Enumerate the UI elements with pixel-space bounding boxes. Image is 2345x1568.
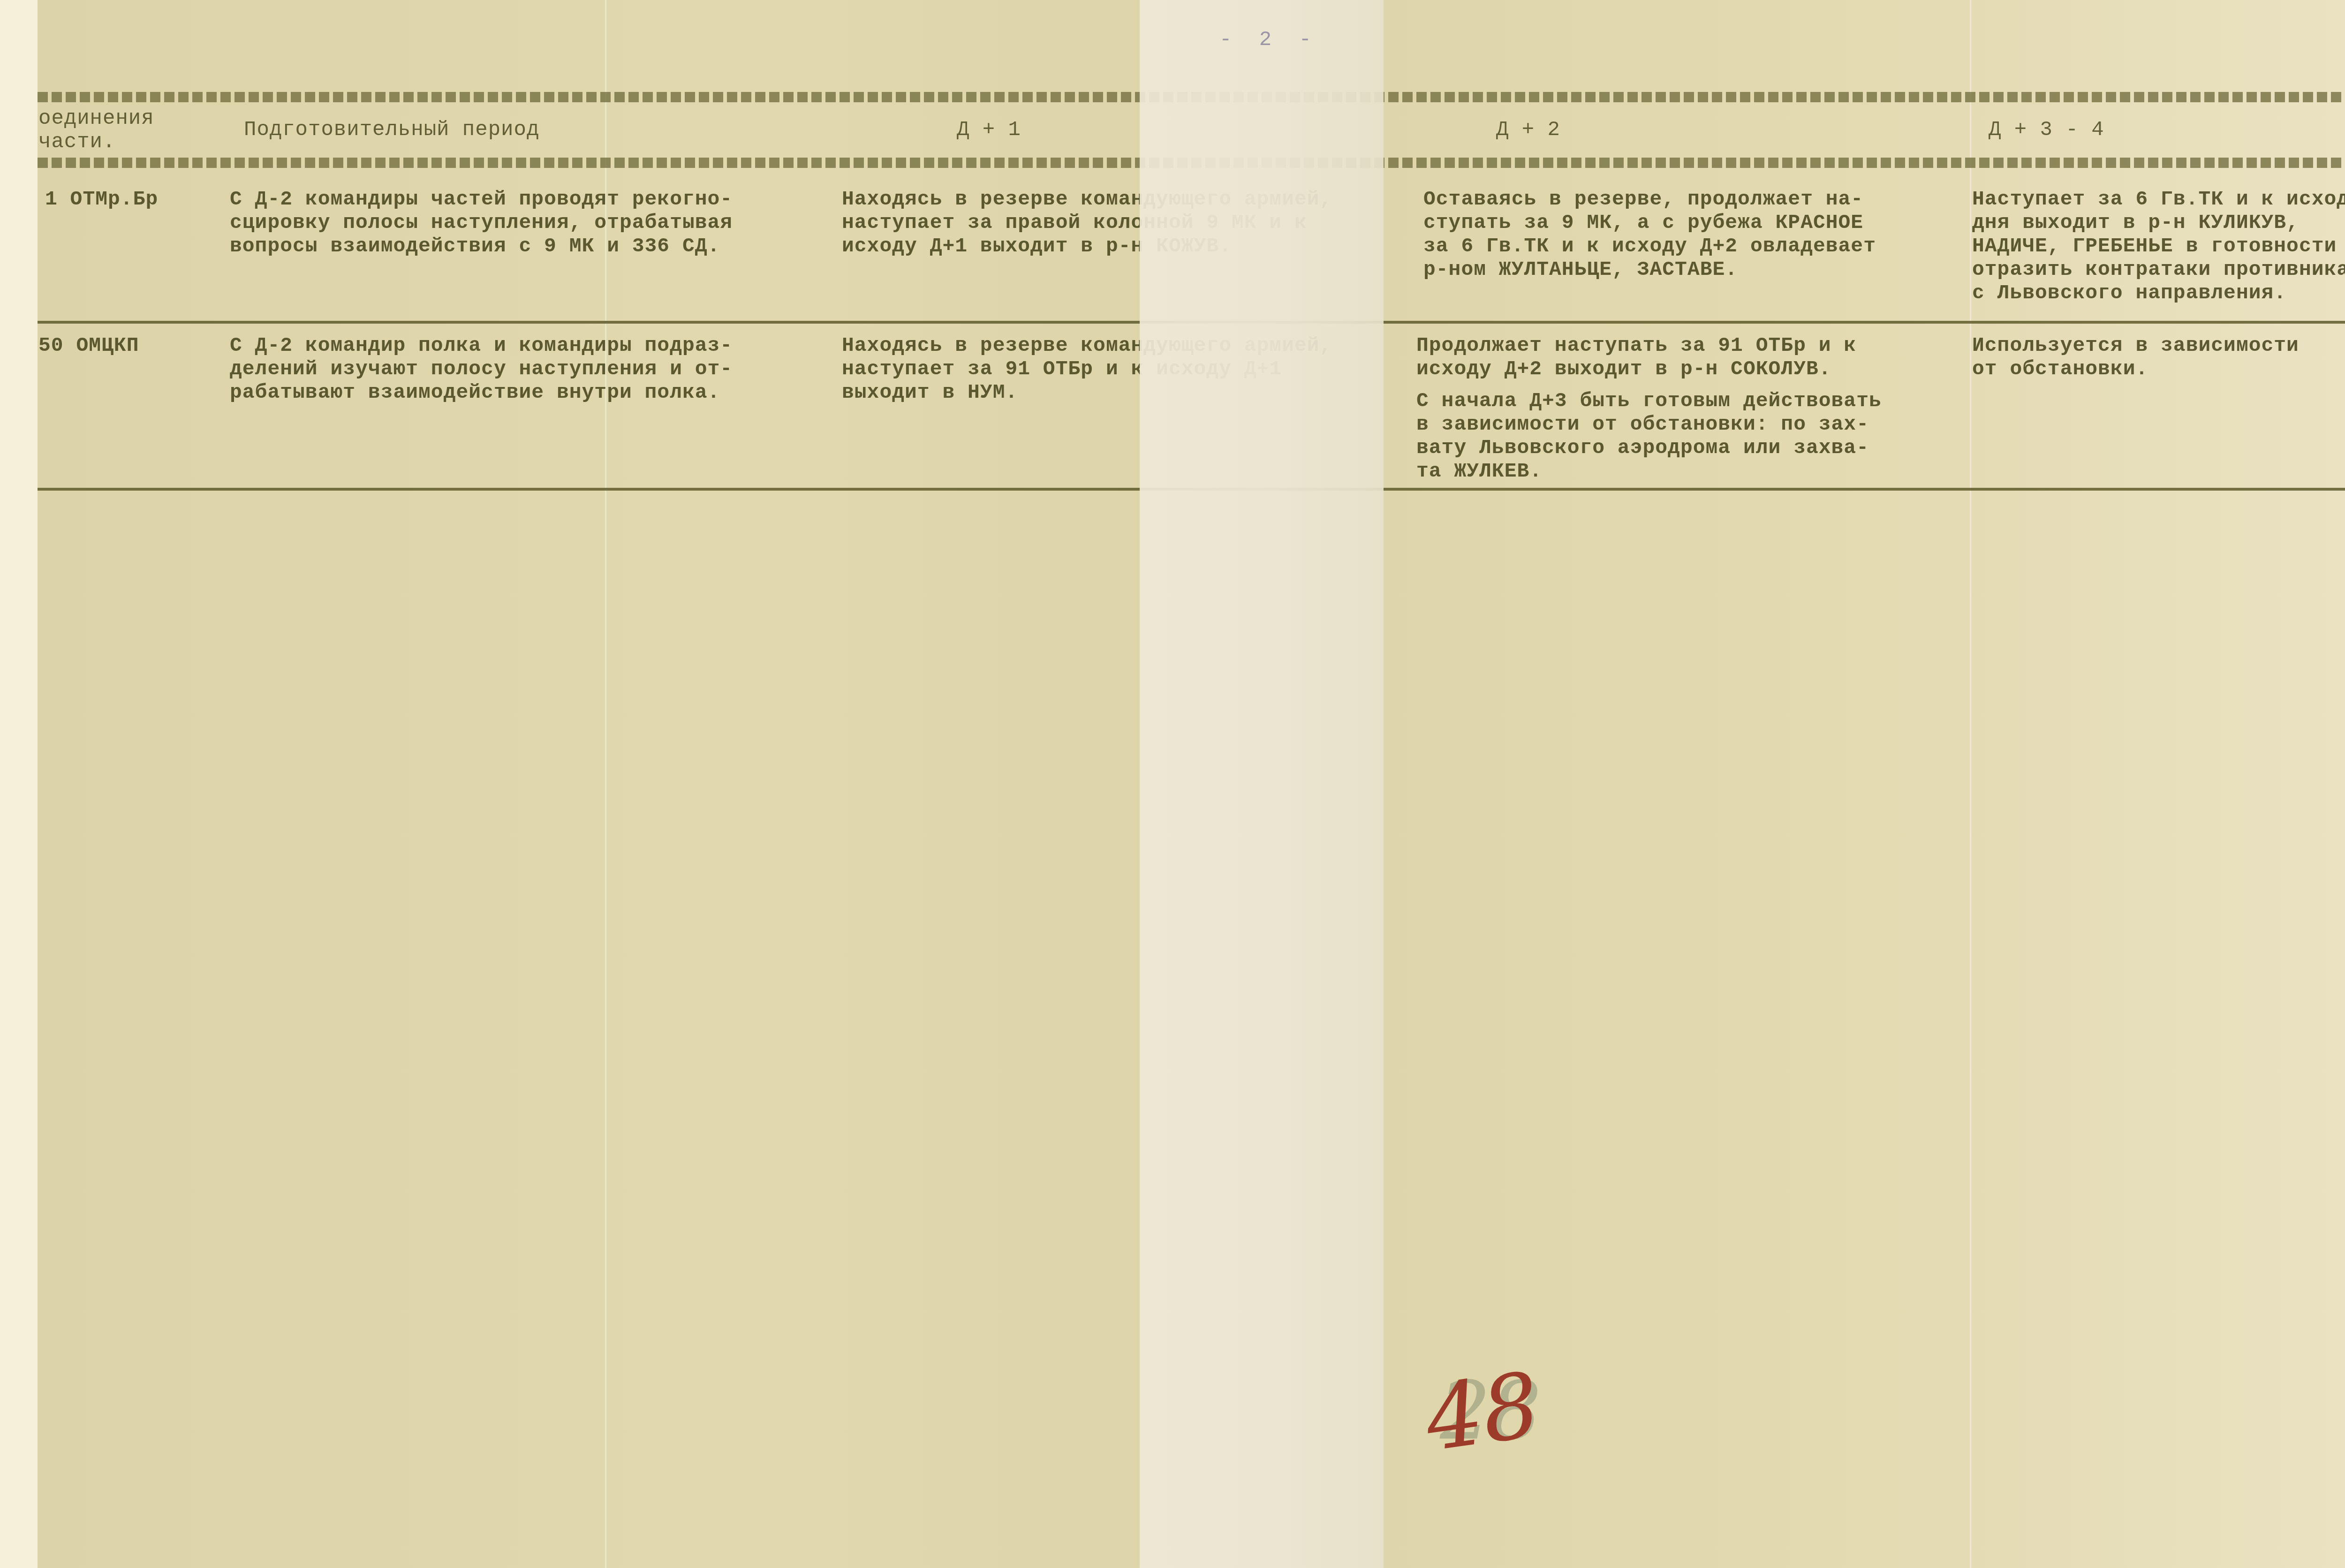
row1-unit: 1 ОТМр.Бр bbox=[45, 188, 158, 211]
row1-d34: Наступает за 6 Гв.ТК и к исходу дня выхо… bbox=[1972, 188, 2345, 305]
row1-d2: Оставаясь в резерве, продолжает на- ступ… bbox=[1423, 188, 1876, 281]
header-d1: Д + 1 bbox=[957, 118, 1021, 142]
row2-d2-note: С начала Д+3 быть готовым действовать в … bbox=[1416, 389, 1882, 483]
header-d34: Д + 3 - 4 bbox=[1989, 118, 2104, 142]
row2-prep: С Д-2 командир полка и командиры подраз-… bbox=[230, 334, 733, 404]
header-d2: Д + 2 bbox=[1496, 118, 1560, 142]
row2-d2: Продолжает наступать за 91 ОТБр и к исхо… bbox=[1416, 334, 1856, 381]
row1-prep: С Д-2 командиры частей проводят рекогно-… bbox=[230, 188, 733, 258]
row2-d34: Используется в зависимости от обстановки… bbox=[1972, 334, 2299, 381]
paper-fold bbox=[1970, 0, 1971, 1568]
repair-tape-strip bbox=[1140, 0, 1384, 1568]
page-number: - 2 - bbox=[1219, 28, 1319, 52]
archive-folio-number: 48 bbox=[1419, 1353, 1546, 1471]
row2-unit: 50 ОМЦКП bbox=[38, 334, 139, 357]
header-unit: оединения части. bbox=[38, 107, 154, 154]
header-prep-period: Подготовительный период bbox=[244, 118, 539, 142]
